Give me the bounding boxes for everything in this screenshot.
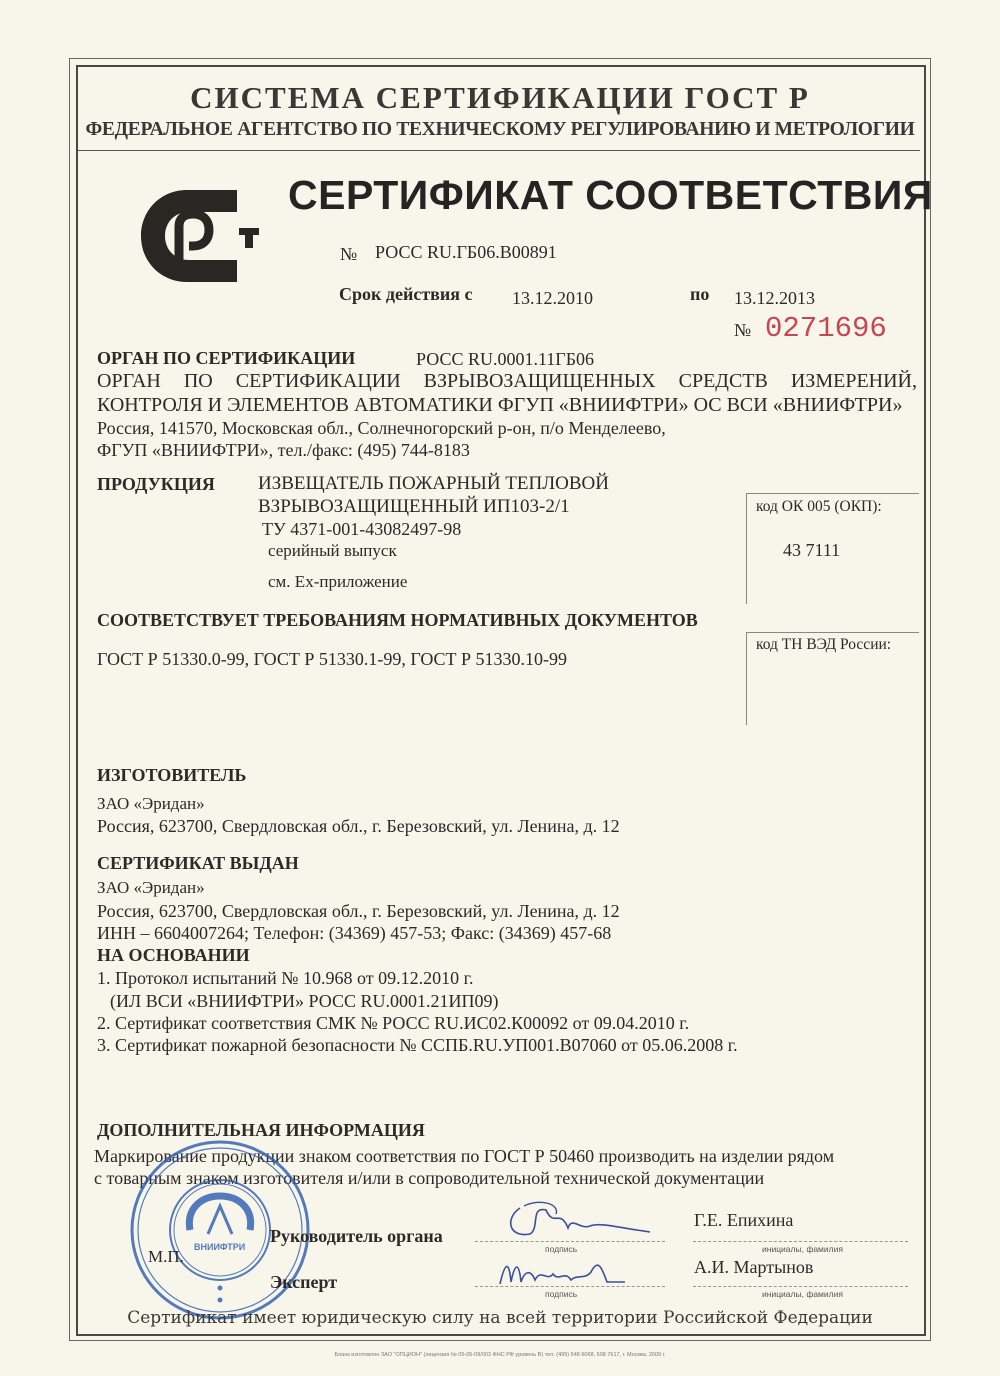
head-name-line [693, 1241, 908, 1242]
agency-name: ФЕДЕРАЛЬНОЕ АГЕНТСТВО ПО ТЕХНИЧЕСКОМУ РЕ… [0, 119, 1000, 141]
validity-label: Срок действия с [339, 284, 473, 305]
certification-body-name-line2: КОНТРОЛЯ И ЭЛЕМЕНТОВ АВТОМАТИКИ ФГУП «ВН… [97, 394, 902, 417]
name-caption: инициалы, фамилия [762, 1244, 843, 1254]
basis-label: НА ОСНОВАНИИ [97, 945, 250, 966]
manufacturer-label: ИЗГОТОВИТЕЛЬ [97, 765, 246, 786]
valid-to-label: по [690, 284, 709, 305]
issued-to-name: ЗАО «Эридан» [97, 878, 205, 898]
normative-documents: ГОСТ Р 51330.0-99, ГОСТ Р 51330.1-99, ГО… [97, 649, 567, 670]
okp-code-label: код ОК 005 (ОКП): [756, 498, 882, 516]
certificate-title: СЕРТИФИКАТ СООТВЕТСТВИЯ [288, 172, 933, 219]
product-label: ПРОДУКЦИЯ [97, 474, 215, 495]
rst-conformity-mark-icon [141, 190, 259, 282]
expert-role-label: Эксперт [270, 1272, 337, 1293]
legal-force-note: Сертификат имеет юридическую силу на все… [0, 1308, 1000, 1328]
certification-body-code: РОСС RU.0001.11ГБ06 [416, 349, 594, 370]
okp-code-value: 43 7111 [783, 540, 840, 561]
conformity-label: СООТВЕТСТВУЕТ ТРЕБОВАНИЯМ НОРМАТИВНЫХ ДО… [97, 610, 698, 631]
header-divider [78, 150, 920, 151]
signature-caption: подпись [545, 1289, 577, 1299]
signature-caption: подпись [545, 1244, 577, 1254]
head-signature-line [475, 1241, 665, 1242]
product-line: ИЗВЕЩАТЕЛЬ ПОЖАРНЫЙ ТЕПЛОВОЙ [258, 473, 609, 495]
expert-name-line [693, 1286, 908, 1287]
product-spec: ТУ 4371-001-43082497-98 [262, 519, 461, 540]
system-title: СИСТЕМА СЕРТИФИКАЦИИ ГОСТ Р [0, 80, 1000, 116]
issued-to-label: СЕРТИФИКАТ ВЫДАН [97, 853, 299, 874]
manufacturer-name: ЗАО «Эридан» [97, 794, 205, 814]
stamp-place-label: М.П. [148, 1247, 184, 1267]
head-name: Г.Е. Епихина [694, 1210, 793, 1231]
certificate-number: РОСС RU.ГБ06.В00891 [375, 242, 557, 263]
basis-item: 3. Сертификат пожарной безопасности № СС… [97, 1035, 738, 1056]
basis-item: 2. Сертификат соответствия СМК № РОСС RU… [97, 1013, 689, 1034]
expert-name: А.И. Мартынов [694, 1257, 813, 1278]
product-line: ВЗРЫВОЗАЩИЩЕННЫЙ ИП103-2/1 [258, 496, 570, 518]
blank-serial-number: 0271696 [765, 312, 887, 345]
valid-to-date: 13.12.2013 [734, 288, 815, 309]
head-signature-icon [500, 1198, 660, 1244]
tnved-code-label: код ТН ВЭД России: [756, 636, 891, 654]
expert-signature-line [475, 1286, 665, 1287]
printer-imprint: Бланк изготовлен ЗАО "ОПЦИОН" (лицензия … [0, 1352, 1000, 1358]
certification-body-label: ОРГАН ПО СЕРТИФИКАЦИИ [97, 348, 355, 369]
head-role-label: Руководитель органа [270, 1226, 443, 1247]
valid-from-date: 13.12.2010 [512, 288, 593, 309]
name-caption: инициалы, фамилия [762, 1289, 843, 1299]
issued-to-address: Россия, 623700, Свердловская обл., г. Бе… [97, 901, 620, 922]
basis-item: 1. Протокол испытаний № 10.968 от 09.12.… [97, 968, 473, 989]
certification-body-name-line1: ОРГАН ПО СЕРТИФИКАЦИИ ВЗРЫВОЗАЩИЩЕННЫХ С… [97, 370, 917, 393]
certification-body-contacts: ФГУП «ВНИИФТРИ», тел./факс: (495) 744-81… [97, 440, 470, 461]
manufacturer-address: Россия, 623700, Свердловская обл., г. Бе… [97, 816, 620, 837]
stamp-org-name: ВНИИФТРИ [194, 1242, 245, 1252]
certification-body-address: Россия, 141570, Московская обл., Солнечн… [97, 418, 666, 439]
issued-to-contacts: ИНН – 6604007264; Телефон: (34369) 457-5… [97, 923, 611, 944]
product-production-type: серийный выпуск [268, 541, 397, 561]
product-annex-reference: см. Ех-приложение [268, 572, 407, 592]
blank-number-sign: № [734, 320, 751, 341]
basis-item: (ИЛ ВСИ «ВНИИФТРИ» РОСС RU.0001.21ИП09) [110, 991, 498, 1012]
number-sign: № [340, 244, 357, 265]
